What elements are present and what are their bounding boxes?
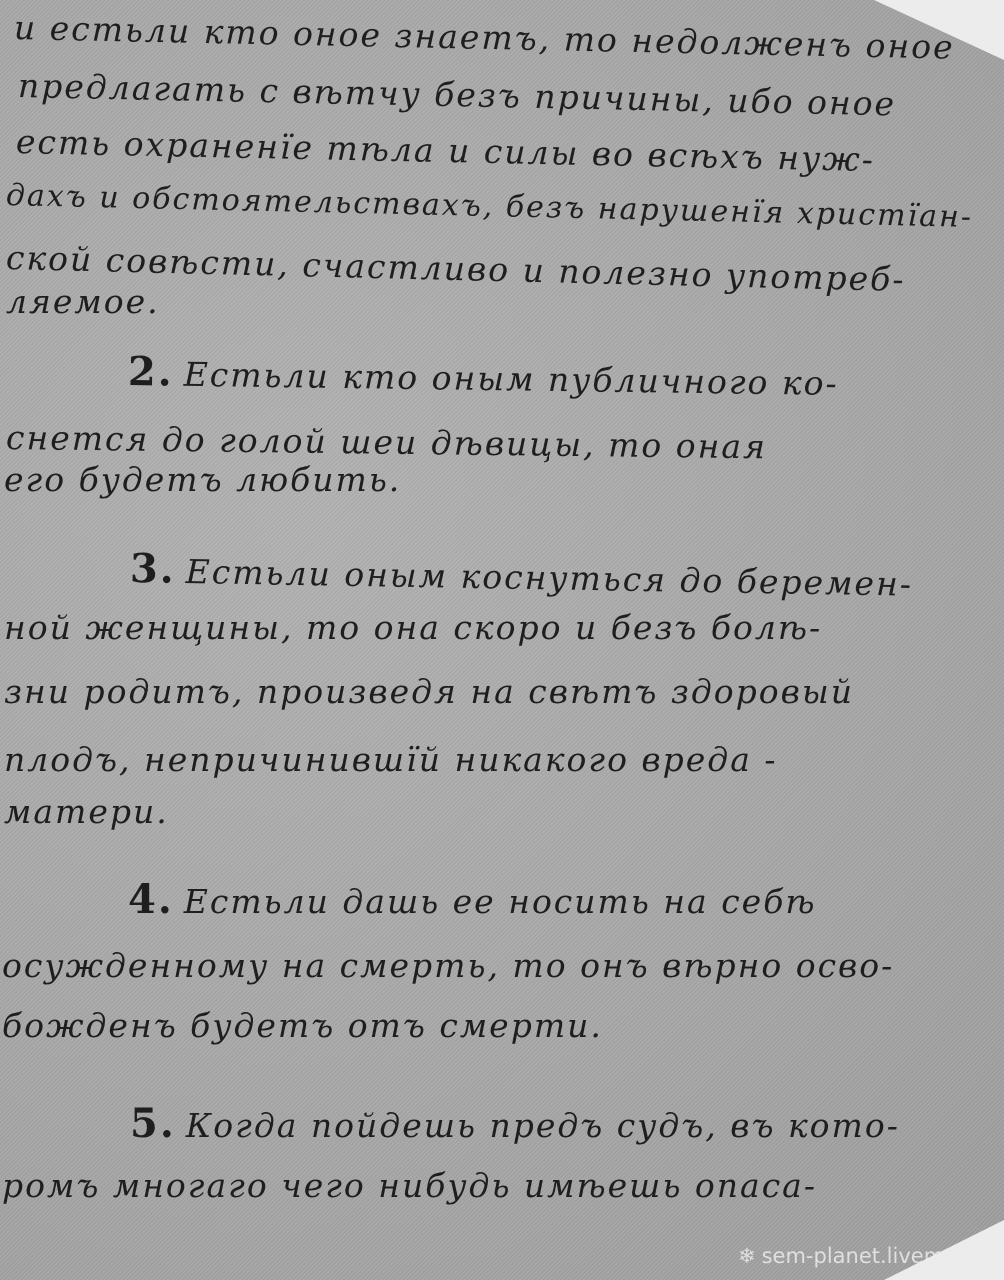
manuscript-line: 5.Когда пойдешь предъ судъ, въ кото-: [130, 1100, 900, 1147]
manuscript-line: его будетъ любить.: [4, 460, 401, 499]
snowflake-icon: ❄: [738, 1244, 756, 1268]
manuscript-line: божденъ будетъ отъ смерти.: [2, 1006, 603, 1045]
manuscript-text: Естьли дашь ее носить на себѣ: [184, 882, 817, 921]
manuscript-line: 3.Естьли оным коснуться до беремен-: [130, 545, 914, 606]
manuscript-line: матери.: [4, 792, 169, 831]
manuscript-line: и естьли кто оное знаетъ, то недолженъ о…: [14, 8, 955, 67]
paragraph-number: 3.: [130, 545, 177, 593]
manuscript-text: Естьли кто оным публичного ко-: [183, 355, 838, 403]
paragraph-number: 4.: [128, 876, 174, 923]
manuscript-line: зни родитъ, произведя на свѣтъ здоровый: [4, 672, 854, 711]
manuscript-page: и естьли кто оное знаетъ, то недолженъ о…: [0, 0, 1004, 1280]
manuscript-line: предлагать с вѣтчу безъ причины, ибо оно…: [18, 66, 897, 123]
manuscript-line: 2.Естьли кто оным публичного ко-: [128, 348, 839, 405]
manuscript-line: дахъ и обстоятельствахъ, безъ нарушенїя …: [6, 178, 974, 235]
manuscript-line: осужденному на смерть, то онъ вѣрно осво…: [2, 946, 894, 985]
manuscript-line: 4.Естьли дашь ее носить на себѣ: [128, 876, 816, 923]
manuscript-line: ромъ многаго чего нибудь имѣешь опаса-: [2, 1166, 817, 1205]
manuscript-line: есть охраненїе тѣла и силы во всѣхъ нуж-: [16, 122, 876, 179]
paragraph-number: 5.: [130, 1100, 176, 1147]
manuscript-text: Когда пойдешь предъ судъ, въ кото-: [186, 1106, 900, 1145]
manuscript-line: ляемое.: [6, 282, 160, 321]
manuscript-line: плодъ, непричинившїй никакого вреда -: [4, 740, 778, 779]
manuscript-line: ной женщины, то она скоро и безъ болѣ-: [4, 608, 822, 647]
paragraph-number: 2.: [128, 348, 174, 396]
manuscript-text: Естьли оным коснуться до беремен-: [185, 552, 913, 604]
